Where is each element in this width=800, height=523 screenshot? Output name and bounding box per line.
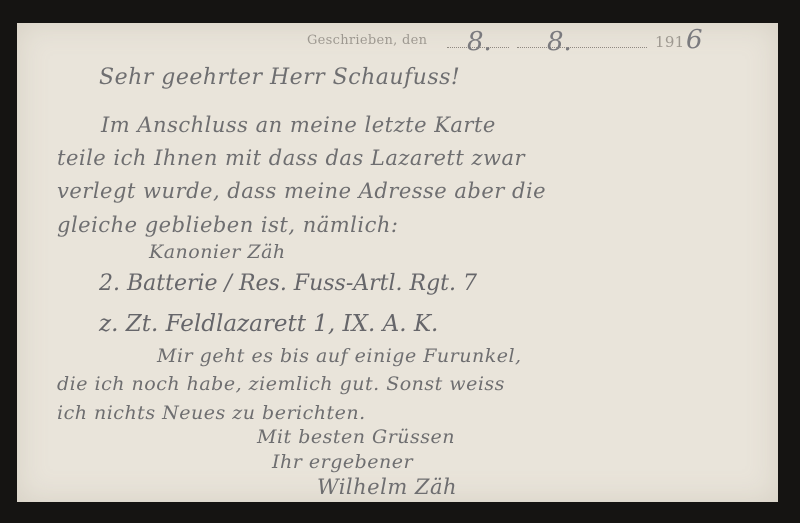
letter-line: Im Anschluss an meine letzte Karte xyxy=(101,113,496,137)
address-unit: 2. Batterie / Res. Fuss-Artl. Rgt. 7 xyxy=(99,271,477,296)
salutation: Sehr geehrter Herr Schaufuss! xyxy=(99,65,460,90)
postcard: Geschrieben, den 8. 8. 191 6 Sehr geehrt… xyxy=(17,23,778,502)
date-year-digit: 6 xyxy=(686,25,703,55)
date-day: 8. xyxy=(467,27,492,57)
letter-line: verlegt wurde, dass meine Adresse aber d… xyxy=(57,179,546,203)
address-hospital: z. Zt. Feldlazarett 1, IX. A. K. xyxy=(99,311,438,337)
letter-line: teile ich Ihnen mit dass das Lazarett zw… xyxy=(57,146,525,170)
letter-line: ich nichts Neues zu berichten. xyxy=(57,402,366,424)
closing-ergebener: Ihr ergebener xyxy=(272,451,413,473)
letter-line: Mir geht es bis auf einige Furunkel, xyxy=(157,345,522,367)
printed-date-label: Geschrieben, den xyxy=(307,33,427,48)
date-dotted-line-month xyxy=(517,47,647,48)
address-name: Kanonier Zäh xyxy=(149,241,286,263)
signature: Wilhelm Zäh xyxy=(317,475,457,499)
closing: Mit besten Grüssen xyxy=(257,426,455,448)
date-month: 8. xyxy=(547,27,572,57)
printed-year: 191 xyxy=(655,33,685,51)
letter-line: die ich noch habe, ziemlich gut. Sonst w… xyxy=(57,373,505,395)
letter-line: gleiche geblieben ist, nämlich: xyxy=(57,213,398,237)
